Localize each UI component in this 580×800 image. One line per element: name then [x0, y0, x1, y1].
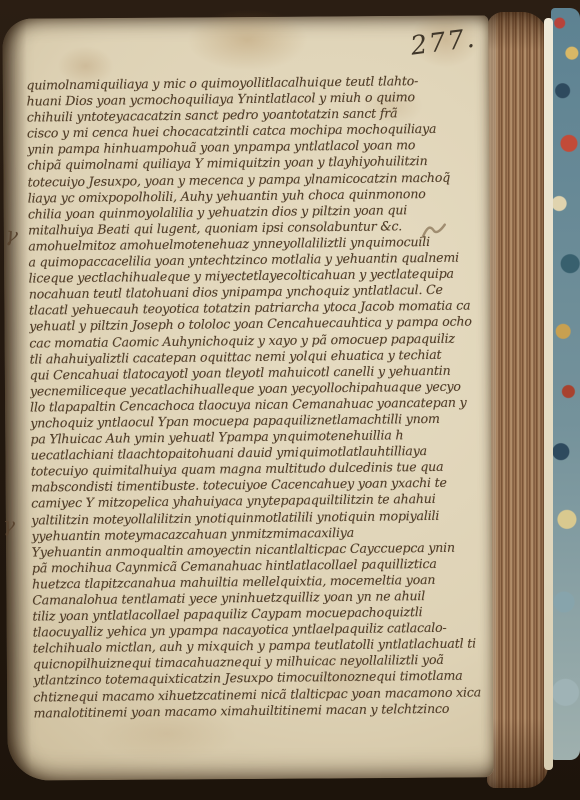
folio-number: 277. — [409, 24, 478, 62]
marbled-endpaper — [551, 8, 580, 760]
guard-page-edge — [544, 18, 553, 770]
manuscript-photo: 277. γ γ quimolnamiquiliaya y mic o quim… — [0, 0, 580, 800]
book-fore-edge — [487, 12, 548, 788]
margin-flourish-icon: γ — [4, 222, 20, 248]
manuscript-text-block: quimolnamiquiliaya y mic o quimoyollitla… — [26, 72, 489, 721]
margin-flourish-icon: γ — [2, 512, 15, 537]
manuscript-page: 277. γ γ quimolnamiquiliaya y mic o quim… — [2, 15, 493, 780]
paper-stain — [187, 9, 307, 72]
